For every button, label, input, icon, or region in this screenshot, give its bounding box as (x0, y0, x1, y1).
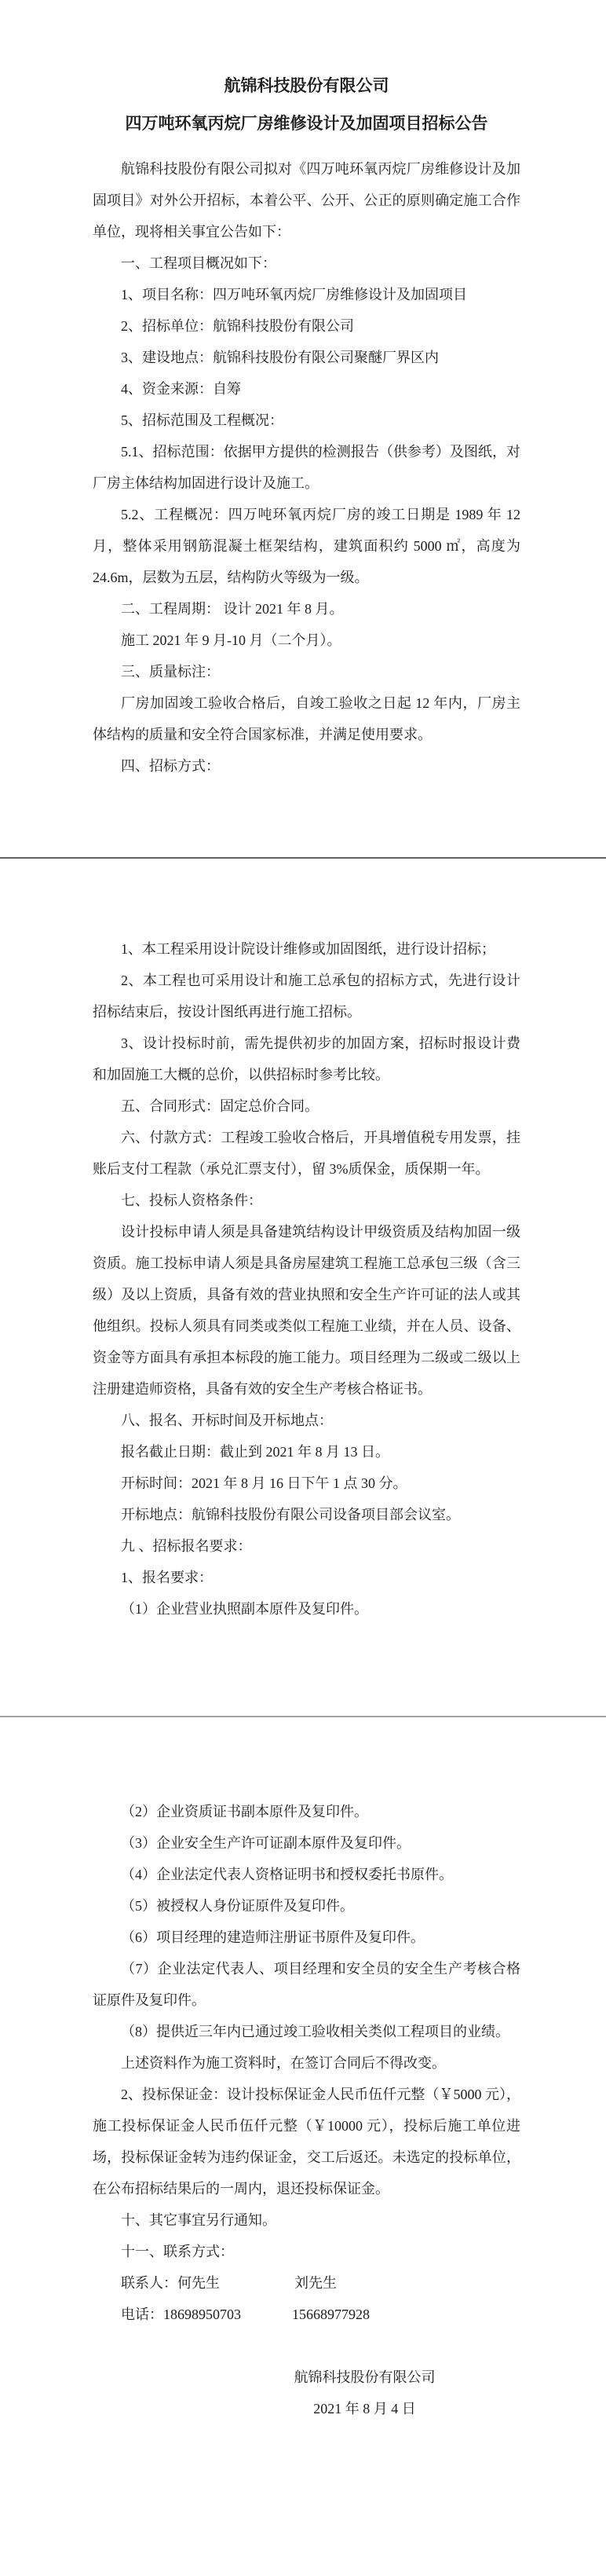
paragraph-phones: 电话：1869895070315668977928 (93, 2299, 520, 2330)
signature-company: 航锦科技股份有限公司 (209, 2362, 520, 2393)
phone-number-1: 18698950703 (163, 2307, 241, 2322)
doc-title-line-1: 航锦科技股份有限公司 (93, 67, 520, 104)
paragraph-method-2: 2、本工程也可采用设计和施工总承包的招标方式，先进行设计招标结束后，按设计图纸再… (93, 965, 520, 1028)
paragraph-item-2: （2）企业资质证书副本原件及复印件。 (93, 1796, 520, 1827)
paragraph-bid-opening-place: 开标地点：航锦科技股份有限公司设备项目部会议室。 (93, 1499, 520, 1530)
paragraph-construction-period: 施工 2021 年 9 月-10 月（二个月）。 (93, 625, 520, 656)
paragraph-item-4: （4）企业法定代表人资格证明书和授权委托书原件。 (93, 1859, 520, 1890)
section-heading-1: 一、工程项目概况如下： (93, 247, 520, 279)
paragraph-item-7: （7）企业法定代表人、项目经理和安全员的安全生产考核合格证原件及复印件。 (93, 1953, 520, 2016)
section-heading-11: 十一、联系方式： (93, 2236, 520, 2267)
paragraph-scope-heading: 5、招标范围及工程概况： (93, 405, 520, 436)
phone-label: 电话： (121, 2307, 163, 2322)
paragraph-method-1: 1、本工程采用设计院设计维修或加固图纸，进行设计招标； (93, 933, 520, 965)
signature-date: 2021 年 8 月 4 日 (209, 2393, 520, 2424)
paragraph-qualification: 设计投标申请人须是具备建筑结构设计甲级资质及结构加固一级资质。施工投标申请人须是… (93, 1216, 520, 1405)
paragraph-project-name: 1、项目名称：四万吨环氧丙烷厂房维修设计及加固项目 (93, 279, 520, 310)
section-heading-2: 二、工程周期： 设计 2021 年 8 月。 (93, 593, 520, 625)
doc-title-line-2: 四万吨环氧丙烷厂房维修设计及加固项目招标公告 (93, 104, 520, 142)
paragraph-funding: 4、资金来源：自筹 (93, 373, 520, 405)
section-heading-6: 六、付款方式：工程竣工验收合格后，开具增值税专用发票，挂账后支付工程款（承兑汇票… (93, 1122, 520, 1185)
paragraph-contacts: 联系人：何先生刘先生 (93, 2267, 520, 2299)
paragraph-bid-opening-time: 开标时间：2021 年 8 月 16 日下午 1 点 30 分。 (93, 1468, 520, 1499)
section-heading-10: 十、其它事宜另行通知。 (93, 2204, 520, 2236)
paragraph-location: 3、建设地点：航锦科技股份有限公司聚醚厂界区内 (93, 342, 520, 373)
paragraph-item-8: （8）提供近三年内已通过竣工验收相关类似工程项目的业绩。 (93, 2016, 520, 2047)
section-heading-8: 八、报名、开标时间及开标地点： (93, 1405, 520, 1436)
paragraph-item-5: （5）被授权人身份证原件及复印件。 (93, 1890, 520, 1922)
paragraph-item-3: （3）企业安全生产许可证副本原件及复印件。 (93, 1827, 520, 1859)
section-heading-4: 四、招标方式： (93, 750, 520, 782)
document-page-2: 1、本工程采用设计院设计维修或加固图纸，进行设计招标； 2、本工程也可采用设计和… (0, 859, 606, 1716)
section-heading-7: 七、投标人资格条件： (93, 1185, 520, 1216)
paragraph-method-3: 3、设计投标时前，需先提供初步的加固方案，招标时报设计费和加固施工大概的总价，以… (93, 1028, 520, 1090)
paragraph-quality: 厂房加固竣工验收合格后，自竣工验收之日起 12 年内，厂房主体结构的质量和安全符… (93, 687, 520, 750)
paragraph-signup-requirements: 1、报名要求： (93, 1562, 520, 1593)
paragraph-item-1: （1）企业营业执照副本原件及复印件。 (93, 1593, 520, 1625)
contact-name-2: 刘先生 (294, 2275, 337, 2291)
paragraph-scope-5-1: 5.1、招标范围：依据甲方提供的检测报告（供参考）及图纸，对厂房主体结构加固进行… (93, 436, 520, 499)
contact-label: 联系人： (121, 2275, 177, 2291)
document-page-1: 航锦科技股份有限公司 四万吨环氧丙烷厂房维修设计及加固项目招标公告 航锦科技股份… (0, 0, 606, 857)
document-page-3: （2）企业资质证书副本原件及复印件。 （3）企业安全生产许可证副本原件及复印件。… (0, 1717, 606, 2576)
section-heading-5: 五、合同形式：固定总价合同。 (93, 1090, 520, 1122)
signature-block: 航锦科技股份有限公司 2021 年 8 月 4 日 (93, 2362, 520, 2424)
paragraph-materials-note: 上述资料作为施工资料时，在签订合同后不得改变。 (93, 2047, 520, 2079)
paragraph-intro: 航锦科技股份有限公司拟对《四万吨环氧丙烷厂房维修设计及加固项目》对外公开招标，本… (93, 153, 520, 247)
paragraph-bid-bond: 2、投标保证金：设计投标保证金人民币伍仟元整（￥5000 元），施工投标保证金人… (93, 2079, 520, 2204)
section-heading-3: 三、质量标注： (93, 656, 520, 687)
contact-name-1: 何先生 (177, 2275, 220, 2291)
paragraph-tender-unit: 2、招标单位：航锦科技股份有限公司 (93, 310, 520, 342)
section-heading-9: 九 、招标报名要求： (93, 1530, 520, 1562)
paragraph-overview-5-2: 5.2、工程概况：四万吨环氧丙烷厂房的竣工日期是 1989 年 12 月，整体采… (93, 499, 520, 593)
paragraph-item-6: （6）项目经理的建造师注册证书原件及复印件。 (93, 1922, 520, 1953)
paragraph-registration-deadline: 报名截止日期：截止到 2021 年 8 月 13 日。 (93, 1436, 520, 1468)
phone-number-2: 15668977928 (292, 2307, 370, 2322)
